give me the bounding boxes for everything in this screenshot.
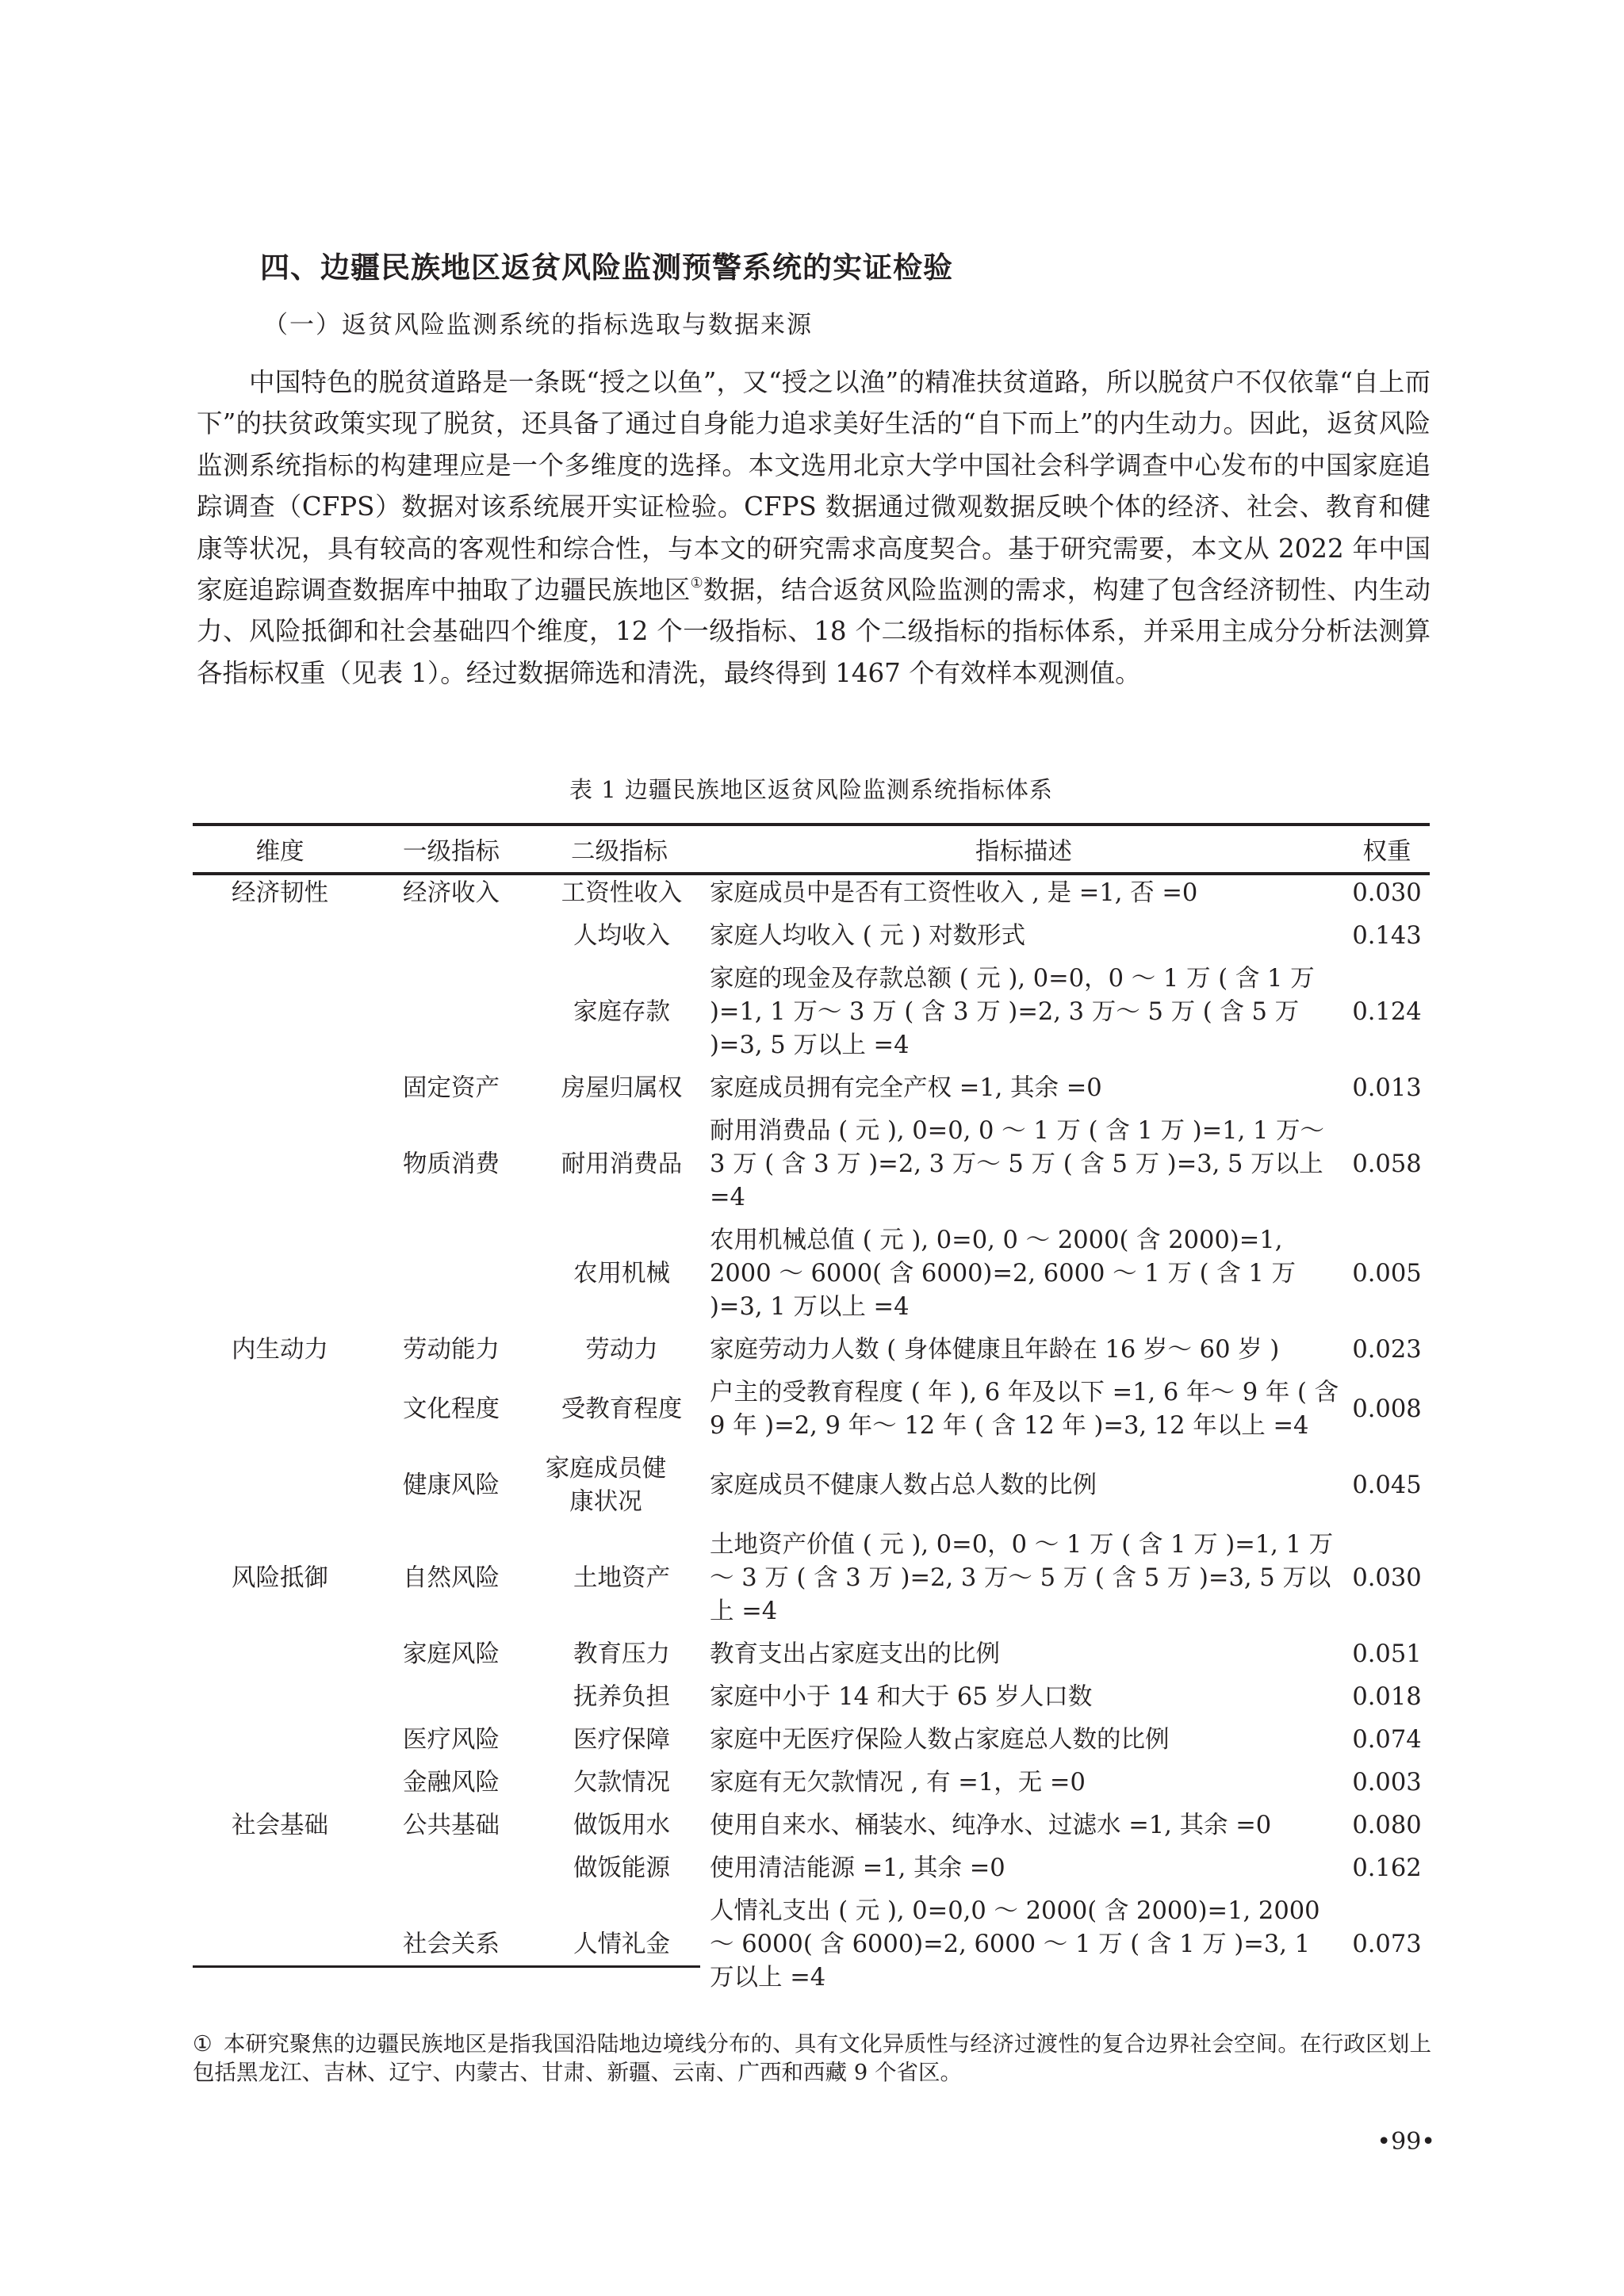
cell-level1: 金融风险 (367, 1762, 535, 1804)
footnote-divider (193, 1965, 700, 1968)
cell-level2: 工资性收入 (535, 874, 703, 915)
cell-description: 耐用消费品 ( 元 ), 0=0, 0 ～ 1 万 ( 含 1 万 )=1, 1… (703, 1110, 1344, 1219)
cell-dimension (193, 1676, 367, 1719)
cell-level2: 教育压力 (535, 1633, 703, 1676)
header-level1: 一级指标 (367, 825, 535, 874)
cell-level1: 文化程度 (367, 1372, 535, 1448)
header-level2: 二级指标 (535, 825, 703, 874)
cell-weight: 0.018 (1344, 1676, 1430, 1719)
cell-level2: 抚养负担 (535, 1676, 703, 1719)
cell-weight: 0.045 (1344, 1448, 1430, 1524)
cell-description: 家庭成员中是否有工资性收入 , 是 =1, 否 =0 (703, 874, 1344, 915)
cell-level2: 家庭成员健康状况 (535, 1448, 703, 1524)
cell-weight: 0.030 (1344, 1524, 1430, 1633)
cell-dimension: 风险抵御 (193, 1524, 367, 1633)
cell-level1: 医疗风险 (367, 1719, 535, 1762)
table-body: 经济韧性经济收入工资性收入家庭成员中是否有工资性收入 , 是 =1, 否 =00… (193, 874, 1430, 1999)
cell-description: 家庭成员拥有完全产权 =1, 其余 =0 (703, 1067, 1344, 1110)
table-row: 农用机械农用机械总值 ( 元 ), 0=0, 0 ～ 2000( 含 2000)… (193, 1219, 1430, 1329)
table-row: 人均收入家庭人均收入 ( 元 ) 对数形式0.143 (193, 915, 1430, 958)
cell-level1 (367, 915, 535, 958)
cell-dimension (193, 1890, 367, 1999)
header-description: 指标描述 (703, 825, 1344, 874)
cell-description: 农用机械总值 ( 元 ), 0=0, 0 ～ 2000( 含 2000)=1, … (703, 1219, 1344, 1329)
cell-description: 教育支出占家庭支出的比例 (703, 1633, 1344, 1676)
cell-level1: 社会关系 (367, 1890, 535, 1999)
cell-description: 家庭的现金及存款总额 ( 元 ), 0=0，0 ～ 1 万 ( 含 1 万 )=… (703, 958, 1344, 1067)
cell-dimension (193, 1719, 367, 1762)
indicator-table: 维度 一级指标 二级指标 指标描述 权重 经济韧性经济收入工资性收入家庭成员中是… (193, 823, 1430, 1999)
cell-dimension (193, 1762, 367, 1804)
table-row: 物质消费耐用消费品耐用消费品 ( 元 ), 0=0, 0 ～ 1 万 ( 含 1… (193, 1110, 1430, 1219)
cell-weight: 0.124 (1344, 958, 1430, 1067)
cell-description: 家庭中无医疗保险人数占家庭总人数的比例 (703, 1719, 1344, 1762)
cell-dimension: 社会基础 (193, 1804, 367, 1847)
cell-description: 使用自来水、桶装水、纯净水、过滤水 =1, 其余 =0 (703, 1804, 1344, 1847)
cell-description: 户主的受教育程度 ( 年 ), 6 年及以下 =1, 6 年～ 9 年 ( 含 … (703, 1372, 1344, 1448)
cell-description: 家庭有无欠款情况 , 有 =1，无 =0 (703, 1762, 1344, 1804)
cell-description: 人情礼支出 ( 元 ), 0=0,0 ～ 2000( 含 2000)=1, 20… (703, 1890, 1344, 1999)
cell-dimension: 内生动力 (193, 1329, 367, 1372)
cell-dimension (193, 915, 367, 958)
table-row: 医疗风险医疗保障家庭中无医疗保险人数占家庭总人数的比例0.074 (193, 1719, 1430, 1762)
table-row: 健康风险家庭成员健康状况家庭成员不健康人数占总人数的比例0.045 (193, 1448, 1430, 1524)
cell-dimension (193, 1067, 367, 1110)
cell-level1: 家庭风险 (367, 1633, 535, 1676)
table-row: 固定资产房屋归属权家庭成员拥有完全产权 =1, 其余 =00.013 (193, 1067, 1430, 1110)
section-title: 四、边疆民族地区返贫风险监测预警系统的实证检验 (260, 250, 953, 286)
cell-dimension (193, 1847, 367, 1890)
cell-description: 土地资产价值 ( 元 ), 0=0，0 ～ 1 万 ( 含 1 万 )=1, 1… (703, 1524, 1344, 1633)
cell-level2: 欠款情况 (535, 1762, 703, 1804)
cell-level1 (367, 1676, 535, 1719)
cell-level1 (367, 1847, 535, 1890)
page-number: •99• (1348, 2128, 1435, 2156)
cell-level2: 人均收入 (535, 915, 703, 958)
cell-dimension (193, 958, 367, 1067)
table-row: 风险抵御自然风险土地资产土地资产价值 ( 元 ), 0=0，0 ～ 1 万 ( … (193, 1524, 1430, 1633)
cell-weight: 0.023 (1344, 1329, 1430, 1372)
header-dimension: 维度 (193, 825, 367, 874)
cell-level1: 公共基础 (367, 1804, 535, 1847)
cell-weight: 0.030 (1344, 874, 1430, 915)
cell-level1: 健康风险 (367, 1448, 535, 1524)
cell-weight: 0.080 (1344, 1804, 1430, 1847)
cell-description: 家庭劳动力人数 ( 身体健康且年龄在 16 岁～ 60 岁 ) (703, 1329, 1344, 1372)
cell-description: 家庭成员不健康人数占总人数的比例 (703, 1448, 1344, 1524)
table-row: 文化程度受教育程度户主的受教育程度 ( 年 ), 6 年及以下 =1, 6 年～… (193, 1372, 1430, 1448)
cell-level2: 受教育程度 (535, 1372, 703, 1448)
cell-level1: 劳动能力 (367, 1329, 535, 1372)
cell-weight: 0.143 (1344, 915, 1430, 958)
cell-weight: 0.003 (1344, 1762, 1430, 1804)
table-row: 社会关系人情礼金人情礼支出 ( 元 ), 0=0,0 ～ 2000( 含 200… (193, 1890, 1430, 1999)
table-caption: 表 1 边疆民族地区返贫风险监测系统指标体系 (193, 774, 1430, 806)
cell-level2: 医疗保障 (535, 1719, 703, 1762)
table-row: 抚养负担家庭中小于 14 和大于 65 岁人口数0.018 (193, 1676, 1430, 1719)
paragraph-text-part1: 中国特色的脱贫道路是一条既“授之以鱼”，又“授之以渔”的精准扶贫道路，所以脱贫户… (197, 367, 1431, 605)
cell-level2: 做饭用水 (535, 1804, 703, 1847)
cell-description: 家庭中小于 14 和大于 65 岁人口数 (703, 1676, 1344, 1719)
subsection-title: （一）返贫风险监测系统的指标选取与数据来源 (263, 309, 813, 341)
cell-dimension (193, 1110, 367, 1219)
footnote: ①本研究聚焦的边疆民族地区是指我国沿陆地边境线分布的、具有文化异质性与经济过渡性… (193, 2030, 1431, 2087)
cell-dimension (193, 1219, 367, 1329)
cell-weight: 0.008 (1344, 1372, 1430, 1448)
table-header-row: 维度 一级指标 二级指标 指标描述 权重 (193, 825, 1430, 874)
table-row: 家庭存款家庭的现金及存款总额 ( 元 ), 0=0，0 ～ 1 万 ( 含 1 … (193, 958, 1430, 1067)
footnote-text: 本研究聚焦的边疆民族地区是指我国沿陆地边境线分布的、具有文化异质性与经济过渡性的… (193, 2031, 1431, 2085)
cell-dimension (193, 1633, 367, 1676)
cell-level2: 耐用消费品 (535, 1110, 703, 1219)
footnote-reference[interactable]: ① (690, 575, 703, 591)
cell-level2: 劳动力 (535, 1329, 703, 1372)
cell-level1: 物质消费 (367, 1110, 535, 1219)
cell-dimension: 经济韧性 (193, 874, 367, 915)
footnote-marker: ① (193, 2031, 213, 2057)
cell-level1 (367, 1219, 535, 1329)
table-row: 家庭风险教育压力教育支出占家庭支出的比例0.051 (193, 1633, 1430, 1676)
cell-level1: 自然风险 (367, 1524, 535, 1633)
cell-weight: 0.074 (1344, 1719, 1430, 1762)
cell-weight: 0.013 (1344, 1067, 1430, 1110)
cell-level2: 家庭存款 (535, 958, 703, 1067)
header-weight: 权重 (1344, 825, 1430, 874)
cell-dimension (193, 1372, 367, 1448)
cell-level2: 农用机械 (535, 1219, 703, 1329)
table-row: 经济韧性经济收入工资性收入家庭成员中是否有工资性收入 , 是 =1, 否 =00… (193, 874, 1430, 915)
cell-level2: 人情礼金 (535, 1890, 703, 1999)
cell-weight: 0.073 (1344, 1890, 1430, 1999)
table-row: 内生动力劳动能力劳动力家庭劳动力人数 ( 身体健康且年龄在 16 岁～ 60 岁… (193, 1329, 1430, 1372)
cell-level2: 房屋归属权 (535, 1067, 703, 1110)
cell-level2: 做饭能源 (535, 1847, 703, 1890)
cell-dimension (193, 1448, 367, 1524)
body-paragraph: 中国特色的脱贫道路是一条既“授之以鱼”，又“授之以渔”的精准扶贫道路，所以脱贫户… (197, 362, 1431, 694)
cell-description: 家庭人均收入 ( 元 ) 对数形式 (703, 915, 1344, 958)
cell-level1: 固定资产 (367, 1067, 535, 1110)
cell-level2: 土地资产 (535, 1524, 703, 1633)
table-row: 金融风险欠款情况家庭有无欠款情况 , 有 =1，无 =00.003 (193, 1762, 1430, 1804)
table-row: 做饭能源使用清洁能源 =1, 其余 =00.162 (193, 1847, 1430, 1890)
cell-level1: 经济收入 (367, 874, 535, 915)
cell-description: 使用清洁能源 =1, 其余 =0 (703, 1847, 1344, 1890)
cell-weight: 0.162 (1344, 1847, 1430, 1890)
cell-weight: 0.058 (1344, 1110, 1430, 1219)
cell-weight: 0.005 (1344, 1219, 1430, 1329)
cell-weight: 0.051 (1344, 1633, 1430, 1676)
cell-level1 (367, 958, 535, 1067)
table-row: 社会基础公共基础做饭用水使用自来水、桶装水、纯净水、过滤水 =1, 其余 =00… (193, 1804, 1430, 1847)
